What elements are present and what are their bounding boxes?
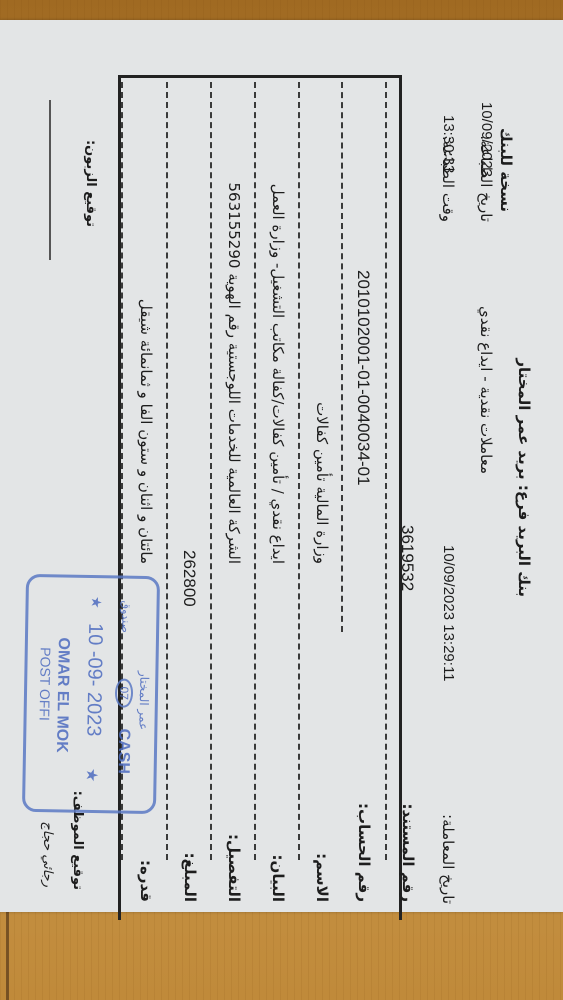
divider [210,82,212,860]
field-value-document-number: 3619532 [397,525,417,591]
stamp-teller-number: 07 [115,678,134,708]
stamp-office-name: OMAR EL MOK [52,637,72,753]
stamp-date: 10 -09- 2023 [81,623,106,737]
details-box [118,75,402,920]
deposit-receipt: بنك البريد فرع: بريد عمر المختار نسخة لل… [0,20,563,912]
transaction-date-label: تاريخ المعاملة: [439,814,457,904]
employee-signature: رجائي حجاج [40,821,55,887]
field-label-amount-in-words: قدره: [137,860,155,902]
star-icon: ★ [81,768,101,783]
stamp-office-sub: POST OFFI [37,647,54,721]
field-label-name: الاسم: [313,853,331,902]
star-icon: ★ [87,596,104,609]
field-value-name: وزارة المالية تأمين كفالات [313,402,331,564]
field-value-statement: ايداع نقدي / تأمين كفالات/كفالة مكاتب ال… [269,184,287,564]
field-label-detail: التفصيل: [225,834,243,902]
transaction-type: معاملات نقدية - ايداع نقدي [477,306,495,474]
client-signature-line [49,100,51,260]
field-label-account-number: رقم الحساب: [355,803,373,902]
post-office-stamp: عمر المختار CASH 07 صندوق ★ 10 -09- 2023… [22,574,160,814]
field-label-statement: البيان: [269,855,287,902]
divider [341,82,343,632]
stamp-box-label: صندوق [119,600,133,633]
print-time: 13:30:33 [440,115,457,173]
field-value-amount: 262800 [179,550,199,607]
client-signature-label: توقيع الزبون: [83,140,98,227]
divider [166,82,168,860]
print-date: 10/09/2023 [478,102,495,177]
field-value-amount-in-words: مائتان و اثنان و ستون الفا و ثمانمائة شي… [137,299,155,564]
divider [254,82,256,860]
desk-streak [6,912,9,1000]
field-label-document-number: رقم المستند: [399,804,417,902]
divider [385,82,387,860]
stamp-cash: CASH [114,728,133,774]
bank-branch: بنك البريد فرع: بريد عمر المختار [515,358,533,597]
divider [298,82,300,860]
copy-label: نسخة للبنك [497,128,515,212]
field-value-account-number: 2010102001-01-0040034-01 [353,270,373,486]
field-value-detail: الشركة العالمية للخدمات اللوجستية رقم ال… [225,183,243,564]
stamp-branch: عمر المختار [136,671,151,731]
transaction-date: 10/09/2023 13:29:11 [440,545,457,682]
field-label-amount: المبلغ: [181,853,199,902]
